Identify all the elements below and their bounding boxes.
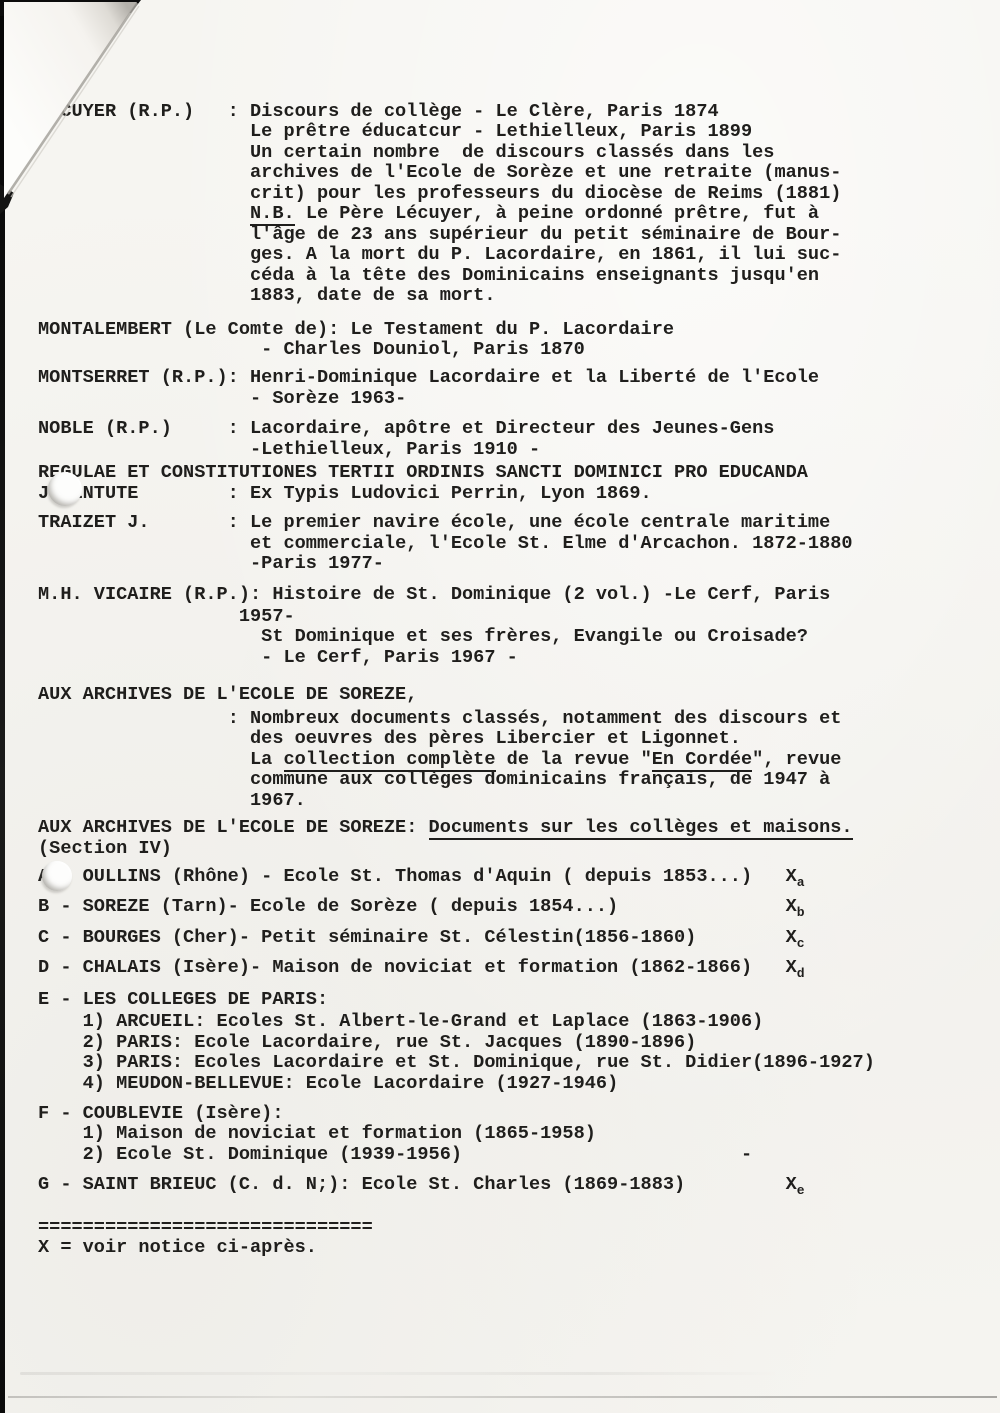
document-line: 1883, date de sa mort. [38,286,875,306]
scanned-page: { "page": { "paper_color": "#f6f5f1", "i… [0,0,1000,1413]
document-line: 3) PARIS: Ecoles Lacordaire et St. Domin… [38,1053,875,1073]
document-line: F - COUBLEVIE (Isère): [38,1104,875,1124]
document-line: NOBLE (R.P.) : Lacordaire, apôtre et Dir… [38,419,875,439]
document-line: : Nombreux documents classés, notamment … [38,709,875,729]
punch-hole-bottom [42,861,72,891]
document-line: C - BOURGES (Cher)- Petit séminaire St. … [38,928,875,948]
document-line: et commerciale, l'Ecole St. Elme d'Arcac… [38,534,875,554]
document-line: AUX ARCHIVES DE L'ECOLE DE SOREZE: Docum… [38,818,875,838]
document-line: St Dominique et ses frères, Evangile ou … [38,627,875,647]
document-line: ges. A la mort du P. Lacordaire, en 1861… [38,245,875,265]
document-line: -Paris 1977- [38,554,875,574]
document-line: céda à la tête des Dominicains enseignan… [38,266,875,286]
document-line: - Sorèze 1963- [38,389,875,409]
document-line: M.H. VICAIRE (R.P.): Histoire de St. Dom… [38,585,875,605]
punch-hole-top [48,472,82,506]
document-line: -Lethielleux, Paris 1910 - [38,440,875,460]
document-line: JUVENTUTE : Ex Typis Ludovici Perrin, Ly… [38,484,875,504]
scan-edge-bottom [8,1396,997,1398]
document-line: MONTSERRET (R.P.): Henri-Dominique Lacor… [38,368,875,388]
document-line: 1) Maison de noviciat et formation (1865… [38,1124,875,1144]
document-line: - Charles Douniol, Paris 1870 [38,340,875,360]
document-line: commune aux collèges dominicains françai… [38,770,875,790]
document-line: l'âge de 23 ans supérieur du petit sémin… [38,225,875,245]
document-line: 1) ARCUEIL: Ecoles St. Albert-le-Grand e… [38,1012,875,1032]
document-line: REGULAE ET CONSTITUTIONES TERTII ORDINIS… [38,463,875,483]
document-line: G - SAINT BRIEUC (C. d. N;): Ecole St. C… [38,1175,875,1195]
document-line: AUX ARCHIVES DE L'ECOLE DE SOREZE, [38,685,875,705]
scan-smudge [20,1372,780,1375]
document-line: ============================== [38,1218,875,1238]
document-line: La collection complète de la revue "En C… [38,750,875,770]
document-line: (Section IV) [38,839,875,859]
document-line: A - OULLINS (Rhône) - Ecole St. Thomas d… [38,867,875,887]
document-line: B - SOREZE (Tarn)- Ecole de Sorèze ( dep… [38,897,875,917]
document-line: X = voir notice ci-après. [38,1238,875,1258]
folded-corner [0,0,210,225]
document-line: TRAIZET J. : Le premier navire école, un… [38,513,875,533]
document-line: 1967. [38,791,875,811]
document-line: 2) Ecole St. Dominique (1939-1956) - [38,1145,875,1165]
document-line: E - LES COLLEGES DE PARIS: [38,990,875,1010]
document-line: MONTALEMBERT (Le Comte de): Le Testament… [38,320,875,340]
document-line: des oeuvres des pères Libercier et Ligon… [38,729,875,749]
document-line: 1957- [38,607,875,627]
document-line: 4) MEUDON-BELLEVUE: Ecole Lacordaire (19… [38,1074,875,1094]
document-lines: LECUYER (R.P.) : Discours de collège - L… [38,102,875,1259]
document-line: - Le Cerf, Paris 1967 - [38,648,875,668]
document-line: 2) PARIS: Ecole Lacordaire, rue St. Jacq… [38,1033,875,1053]
document-line: D - CHALAIS (Isère)- Maison de noviciat … [38,958,875,978]
